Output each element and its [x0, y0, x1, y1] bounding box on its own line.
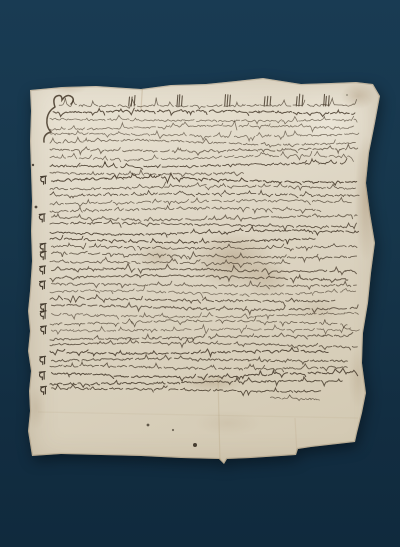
- paragraph-mark: [39, 214, 45, 222]
- tall-ascender-cluster: [129, 96, 135, 107]
- fold-crease: [38, 412, 358, 418]
- handwritten-text-line: [50, 115, 357, 124]
- handwritten-text-line: [50, 377, 342, 387]
- paragraph-mark: [39, 372, 45, 380]
- handwritten-text-line: [50, 317, 347, 328]
- handwritten-text-line: [50, 258, 290, 268]
- handwritten-text-line: [52, 173, 357, 185]
- tall-ascender-cluster: [225, 95, 231, 106]
- paragraph-mark: [41, 326, 47, 334]
- handwritten-text-line: [50, 121, 354, 132]
- handwritten-text-line: [50, 348, 328, 357]
- handwritten-text-line: [50, 159, 347, 170]
- tall-ascender-cluster: [296, 94, 303, 106]
- manuscript-parchment: [28, 78, 380, 464]
- paragraph-mark: [40, 356, 46, 364]
- paragraph-mark: [41, 176, 47, 184]
- parchment-speck: [147, 424, 150, 427]
- handwritten-text-line: [52, 243, 358, 251]
- handwritten-text-line: [59, 98, 356, 109]
- parchment-speck: [35, 206, 38, 209]
- handwritten-text-line: [50, 235, 315, 244]
- handwritten-text-line: [50, 151, 353, 161]
- fold-crease: [141, 78, 143, 110]
- handwritten-text-line: [270, 395, 319, 401]
- handwritten-text-line: [50, 198, 351, 207]
- handwritten-text-line: [52, 325, 360, 334]
- parchment-speck: [172, 429, 174, 431]
- paragraph-mark: [41, 386, 47, 394]
- handwritten-text-line: [50, 182, 356, 190]
- paragraph-mark: [40, 251, 46, 259]
- manuscript-shadow: [28, 78, 380, 464]
- handwritten-text-line: [52, 303, 359, 314]
- parchment-speck: [346, 94, 348, 96]
- handwritten-text-line: [50, 206, 321, 213]
- manuscript-handwriting: [28, 78, 380, 464]
- handwritten-text-line: [52, 214, 358, 221]
- parchment-speck: [104, 162, 106, 164]
- paragraph-mark: [40, 266, 46, 274]
- fold-crease: [218, 376, 220, 464]
- handwritten-text-line: [52, 312, 359, 319]
- tall-ascender-cluster: [264, 96, 271, 106]
- tall-ascender-cluster: [177, 95, 182, 106]
- paragraph-mark: [40, 311, 46, 319]
- handwritten-text-line: [50, 332, 353, 340]
- handwritten-text-line: [50, 190, 359, 197]
- photo-background: [0, 0, 400, 547]
- handwritten-text-line: [52, 355, 348, 364]
- handwritten-text-line: [50, 339, 357, 350]
- parchment-speck: [32, 164, 34, 166]
- decorated-initial: [44, 96, 73, 143]
- handwritten-text-line: [50, 274, 348, 282]
- handwritten-text-line: [52, 281, 357, 289]
- handwritten-text-line: [52, 264, 357, 275]
- handwritten-text-line: [52, 385, 321, 396]
- paragraph-mark: [40, 243, 46, 251]
- handwritten-text-line: [50, 220, 356, 231]
- handwritten-text-line: [50, 295, 335, 306]
- parchment-speck: [193, 443, 197, 447]
- handwritten-text-line: [52, 251, 357, 261]
- handwritten-text-line: [52, 368, 358, 381]
- handwritten-text-line: [53, 108, 355, 116]
- paragraph-mark: [40, 281, 46, 289]
